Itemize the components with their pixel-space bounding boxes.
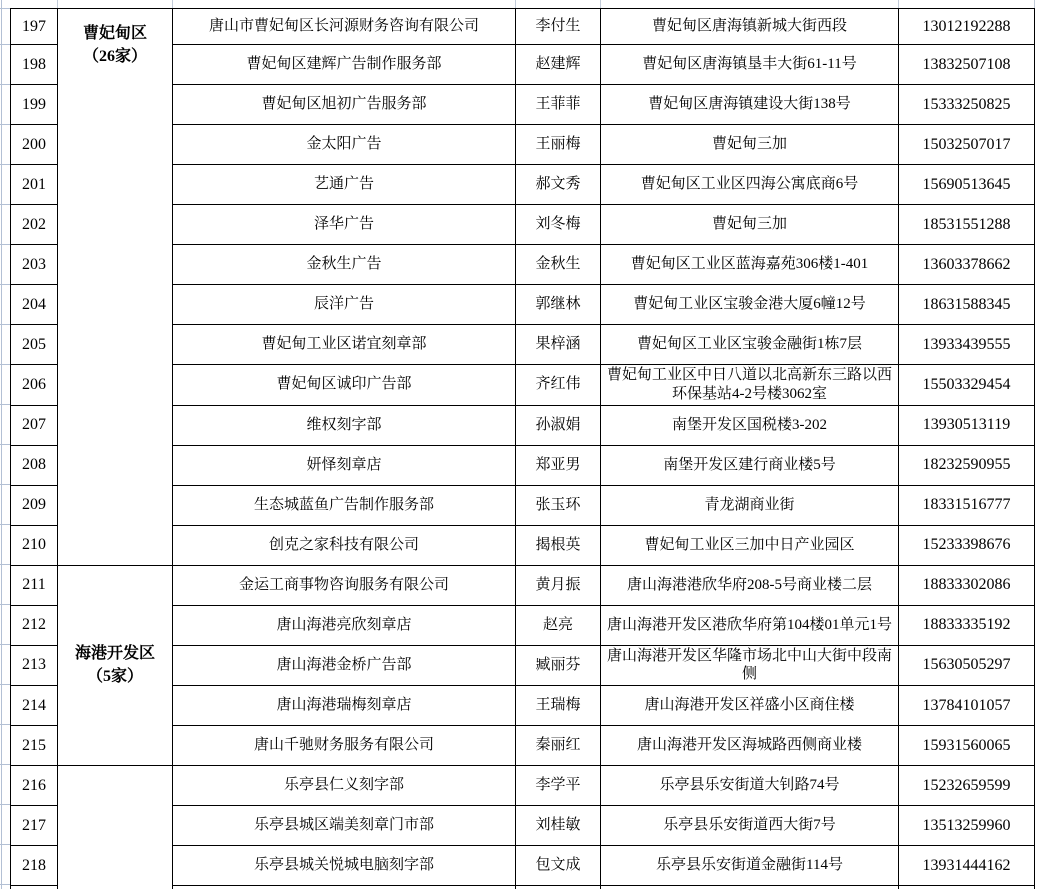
row-number-cell[interactable]: 218 xyxy=(11,846,58,886)
company-name-cell[interactable]: 乐亭县城区端美刻章门市部 xyxy=(173,806,516,846)
company-name-cell[interactable]: 唐山海港瑞梅刻章店 xyxy=(173,686,516,726)
phone-cell[interactable]: 13933439555 xyxy=(899,325,1035,365)
row-number-cell[interactable]: 199 xyxy=(11,85,58,125)
gridline xyxy=(0,124,10,125)
address-cell[interactable]: 青龙湖商业街 xyxy=(601,485,899,525)
contact-name-cell[interactable]: 王菲菲 xyxy=(516,85,601,125)
region-label-line2: （26家） xyxy=(61,45,169,68)
phone-cell[interactable]: 13930513119 xyxy=(899,405,1035,445)
table-row: 216乐亭县仁义刻字部李学平乐亭县乐安街道大钊路74号15232659599 xyxy=(11,766,1035,806)
gridline xyxy=(0,244,10,245)
gridline xyxy=(0,484,10,485)
row-number-cell[interactable]: 203 xyxy=(11,245,58,285)
contact-name-cell[interactable]: 郑亚男 xyxy=(516,445,601,485)
phone-cell[interactable]: 13012192288 xyxy=(899,9,1035,45)
row-number-cell[interactable]: 216 xyxy=(11,766,58,806)
gridline xyxy=(515,0,516,8)
phone-cell[interactable]: 18232590955 xyxy=(899,445,1035,485)
contact-name-cell[interactable]: 李学平 xyxy=(516,766,601,806)
region-label-line2: （5家） xyxy=(61,665,169,688)
company-name-cell[interactable]: 金运工商事物咨询服务有限公司 xyxy=(173,565,516,605)
company-name-cell[interactable]: 曹妃甸区旭初广告服务部 xyxy=(173,85,516,125)
row-number-cell[interactable]: 211 xyxy=(11,565,58,605)
row-number-cell[interactable]: 215 xyxy=(11,726,58,766)
phone-cell[interactable]: 15232659599 xyxy=(899,766,1035,806)
phone-cell[interactable]: 13784101057 xyxy=(899,686,1035,726)
address-cell[interactable]: 乐亭县乐安街道西大街7号 xyxy=(601,806,899,846)
gridline xyxy=(0,604,10,605)
region-group-cell[interactable]: 曹妃甸区（26家） xyxy=(58,9,173,566)
address-cell[interactable]: 曹妃甸工业区中日八道以北高新东三路以西环保基站4-2号楼3062室 xyxy=(601,365,899,406)
gridline xyxy=(600,0,601,8)
company-name-cell[interactable]: 唐山市曹妃甸区长河源财务咨询有限公司 xyxy=(173,9,516,45)
contact-name-cell[interactable]: 刘冬梅 xyxy=(516,205,601,245)
contact-name-cell[interactable]: 齐红伟 xyxy=(516,365,601,406)
sheet-top-margin xyxy=(0,0,1037,8)
phone-cell[interactable]: 18531551288 xyxy=(899,205,1035,245)
sheet-left-margin xyxy=(0,0,10,889)
gridline xyxy=(1034,0,1035,8)
company-name-cell[interactable]: 乐亭县城关悦城电脑刻字部 xyxy=(173,846,516,886)
contact-name-cell[interactable]: 赵亮 xyxy=(516,605,601,645)
phone-cell[interactable]: 18631588345 xyxy=(899,285,1035,325)
row-number-cell[interactable]: 201 xyxy=(11,165,58,205)
contact-name-cell[interactable]: 揭根英 xyxy=(516,525,601,565)
company-name-cell[interactable]: 艺通广告 xyxy=(173,165,516,205)
region-group-cell[interactable]: 海港开发区（5家） xyxy=(58,565,173,766)
company-name-cell[interactable]: 泽华广告 xyxy=(173,205,516,245)
address-cell[interactable]: 唐山海港开发区海城路西侧商业楼 xyxy=(601,726,899,766)
phone-cell[interactable]: 15503329454 xyxy=(899,365,1035,406)
address-cell[interactable]: 唐山海港开发区港欣华府第104楼01单元1号 xyxy=(601,605,899,645)
row-number-cell[interactable]: 204 xyxy=(11,285,58,325)
row-number-cell[interactable]: 209 xyxy=(11,485,58,525)
gridline xyxy=(0,724,10,725)
phone-cell[interactable]: 18833302086 xyxy=(899,565,1035,605)
gridline xyxy=(57,0,58,8)
gridline xyxy=(0,324,10,325)
phone-cell[interactable]: 13931444162 xyxy=(899,846,1035,886)
company-name-cell[interactable]: 唐山海港金桥广告部 xyxy=(173,645,516,686)
region-label-line1: 海港开发区 xyxy=(61,642,169,665)
address-cell[interactable]: 唐山海港港欣华府208-5号商业楼二层 xyxy=(601,565,899,605)
gridline xyxy=(0,684,10,685)
row-number-cell[interactable]: 210 xyxy=(11,525,58,565)
gridline xyxy=(0,84,10,85)
row-number-cell[interactable]: 213 xyxy=(11,645,58,686)
gridline xyxy=(0,404,10,405)
contact-name-cell[interactable]: 郭继林 xyxy=(516,285,601,325)
address-cell[interactable]: 南堡开发区建行商业楼5号 xyxy=(601,445,899,485)
address-cell[interactable] xyxy=(601,886,899,889)
gridline xyxy=(0,364,10,365)
company-name-cell[interactable]: 曹妃甸区建辉广告制作服务部 xyxy=(173,45,516,85)
gridline xyxy=(0,644,10,645)
contact-name-cell[interactable]: 郝文秀 xyxy=(516,165,601,205)
table-row: 211海港开发区（5家）金运工商事物咨询服务有限公司黄月振唐山海港港欣华府208… xyxy=(11,565,1035,605)
phone-cell[interactable]: 18833335192 xyxy=(899,605,1035,645)
contact-name-cell[interactable]: 金秋生 xyxy=(516,245,601,285)
gridline xyxy=(172,0,173,8)
address-cell[interactable]: 乐亭县乐安街道大钊路74号 xyxy=(601,766,899,806)
gridline xyxy=(0,884,10,885)
contact-name-cell[interactable]: 王丽梅 xyxy=(516,125,601,165)
gridline xyxy=(0,164,10,165)
gridline xyxy=(0,844,10,845)
row-number-cell[interactable]: 200 xyxy=(11,125,58,165)
contact-name-cell[interactable]: 秦丽红 xyxy=(516,726,601,766)
row-number-cell[interactable]: 212 xyxy=(11,605,58,645)
company-name-cell[interactable]: 维权刻字部 xyxy=(173,405,516,445)
row-number-cell[interactable]: 197 xyxy=(11,9,58,45)
contact-name-cell[interactable]: 赵建辉 xyxy=(516,45,601,85)
table-row: 197曹妃甸区（26家）唐山市曹妃甸区长河源财务咨询有限公司李付生曹妃甸区唐海镇… xyxy=(11,9,1035,45)
phone-cell[interactable]: 18331516777 xyxy=(899,485,1035,525)
address-cell[interactable]: 曹妃甸工业区三加中日产业园区 xyxy=(601,525,899,565)
address-cell[interactable]: 乐亭县乐安街道金融街114号 xyxy=(601,846,899,886)
phone-cell[interactable]: 15233398676 xyxy=(899,525,1035,565)
address-cell[interactable]: 曹妃甸区工业区蓝海嘉苑306楼1-401 xyxy=(601,245,899,285)
address-cell[interactable]: 曹妃甸区唐海镇建设大街138号 xyxy=(601,85,899,125)
phone-cell[interactable]: 15333250825 xyxy=(899,85,1035,125)
row-number-cell[interactable]: 214 xyxy=(11,686,58,726)
gridline xyxy=(0,204,10,205)
contact-name-cell[interactable]: 果梓涵 xyxy=(516,325,601,365)
company-name-cell[interactable]: 辰洋广告 xyxy=(173,285,516,325)
company-name-cell[interactable]: 生态城蓝鱼广告制作服务部 xyxy=(173,485,516,525)
company-name-cell[interactable]: 曹妃甸区诚印广告部 xyxy=(173,365,516,406)
row-number-cell[interactable]: 202 xyxy=(11,205,58,245)
company-name-cell[interactable]: 金秋生广告 xyxy=(173,245,516,285)
gridline xyxy=(0,44,10,45)
contact-name-cell[interactable]: 黄月振 xyxy=(516,565,601,605)
company-name-cell[interactable] xyxy=(173,886,516,889)
address-cell[interactable]: 唐山海港开发区祥盛小区商住楼 xyxy=(601,686,899,726)
gridline xyxy=(0,8,10,9)
row-number-cell[interactable]: 217 xyxy=(11,806,58,846)
contact-name-cell[interactable]: 孙淑娟 xyxy=(516,405,601,445)
row-number-cell[interactable]: 207 xyxy=(11,405,58,445)
phone-cell[interactable]: 15630505297 xyxy=(899,645,1035,686)
phone-cell[interactable]: 15931560065 xyxy=(899,726,1035,766)
region-label-line1: 曹妃甸区 xyxy=(61,22,169,45)
row-number-cell[interactable]: 198 xyxy=(11,45,58,85)
contact-name-cell[interactable]: 李付生 xyxy=(516,9,601,45)
address-cell[interactable]: 曹妃甸区唐海镇新城大街西段 xyxy=(601,9,899,45)
company-name-cell[interactable]: 曹妃甸工业区诺宜刻章部 xyxy=(173,325,516,365)
address-cell[interactable]: 唐山海港开发区华隆市场北中山大街中段南侧 xyxy=(601,645,899,686)
company-name-cell[interactable]: 唐山海港亮欣刻章店 xyxy=(173,605,516,645)
address-cell[interactable]: 曹妃甸区工业区四海公寓底商6号 xyxy=(601,165,899,205)
gridline xyxy=(0,284,10,285)
contact-name-cell[interactable]: 王瑞梅 xyxy=(516,686,601,726)
phone-cell[interactable]: 13832507108 xyxy=(899,45,1035,85)
business-registry-table: 197曹妃甸区（26家）唐山市曹妃甸区长河源财务咨询有限公司李付生曹妃甸区唐海镇… xyxy=(10,8,1035,889)
address-cell[interactable]: 曹妃甸三加 xyxy=(601,125,899,165)
contact-name-cell[interactable]: 包文成 xyxy=(516,846,601,886)
gridline xyxy=(898,0,899,8)
company-name-cell[interactable]: 金太阳广告 xyxy=(173,125,516,165)
company-name-cell[interactable]: 创克之家科技有限公司 xyxy=(173,525,516,565)
company-name-cell[interactable]: 妍怿刻章店 xyxy=(173,445,516,485)
gridline xyxy=(0,804,10,805)
phone-cell[interactable] xyxy=(899,886,1035,889)
address-cell[interactable]: 曹妃甸区唐海镇垦丰大街61-11号 xyxy=(601,45,899,85)
address-cell[interactable]: 南堡开发区国税楼3-202 xyxy=(601,405,899,445)
row-number-cell[interactable]: 206 xyxy=(11,365,58,406)
gridline xyxy=(0,564,10,565)
address-cell[interactable]: 曹妃甸工业区宝骏金港大厦6幢12号 xyxy=(601,285,899,325)
gridline xyxy=(0,764,10,765)
phone-cell[interactable]: 13603378662 xyxy=(899,245,1035,285)
row-number-cell[interactable] xyxy=(11,886,58,889)
contact-name-cell[interactable]: 臧丽芬 xyxy=(516,645,601,686)
gridline xyxy=(0,524,10,525)
phone-cell[interactable]: 13513259960 xyxy=(899,806,1035,846)
contact-name-cell[interactable]: 张玉环 xyxy=(516,485,601,525)
phone-cell[interactable]: 15032507017 xyxy=(899,125,1035,165)
gridline xyxy=(0,444,10,445)
address-cell[interactable]: 曹妃甸区工业区宝骏金融街1栋7层 xyxy=(601,325,899,365)
company-name-cell[interactable]: 唐山千驰财务服务有限公司 xyxy=(173,726,516,766)
company-name-cell[interactable]: 乐亭县仁义刻字部 xyxy=(173,766,516,806)
row-number-cell[interactable]: 208 xyxy=(11,445,58,485)
phone-cell[interactable]: 15690513645 xyxy=(899,165,1035,205)
region-group-cell[interactable] xyxy=(58,766,173,889)
contact-name-cell[interactable]: 刘桂敏 xyxy=(516,806,601,846)
row-number-cell[interactable]: 205 xyxy=(11,325,58,365)
contact-name-cell[interactable] xyxy=(516,886,601,889)
address-cell[interactable]: 曹妃甸三加 xyxy=(601,205,899,245)
